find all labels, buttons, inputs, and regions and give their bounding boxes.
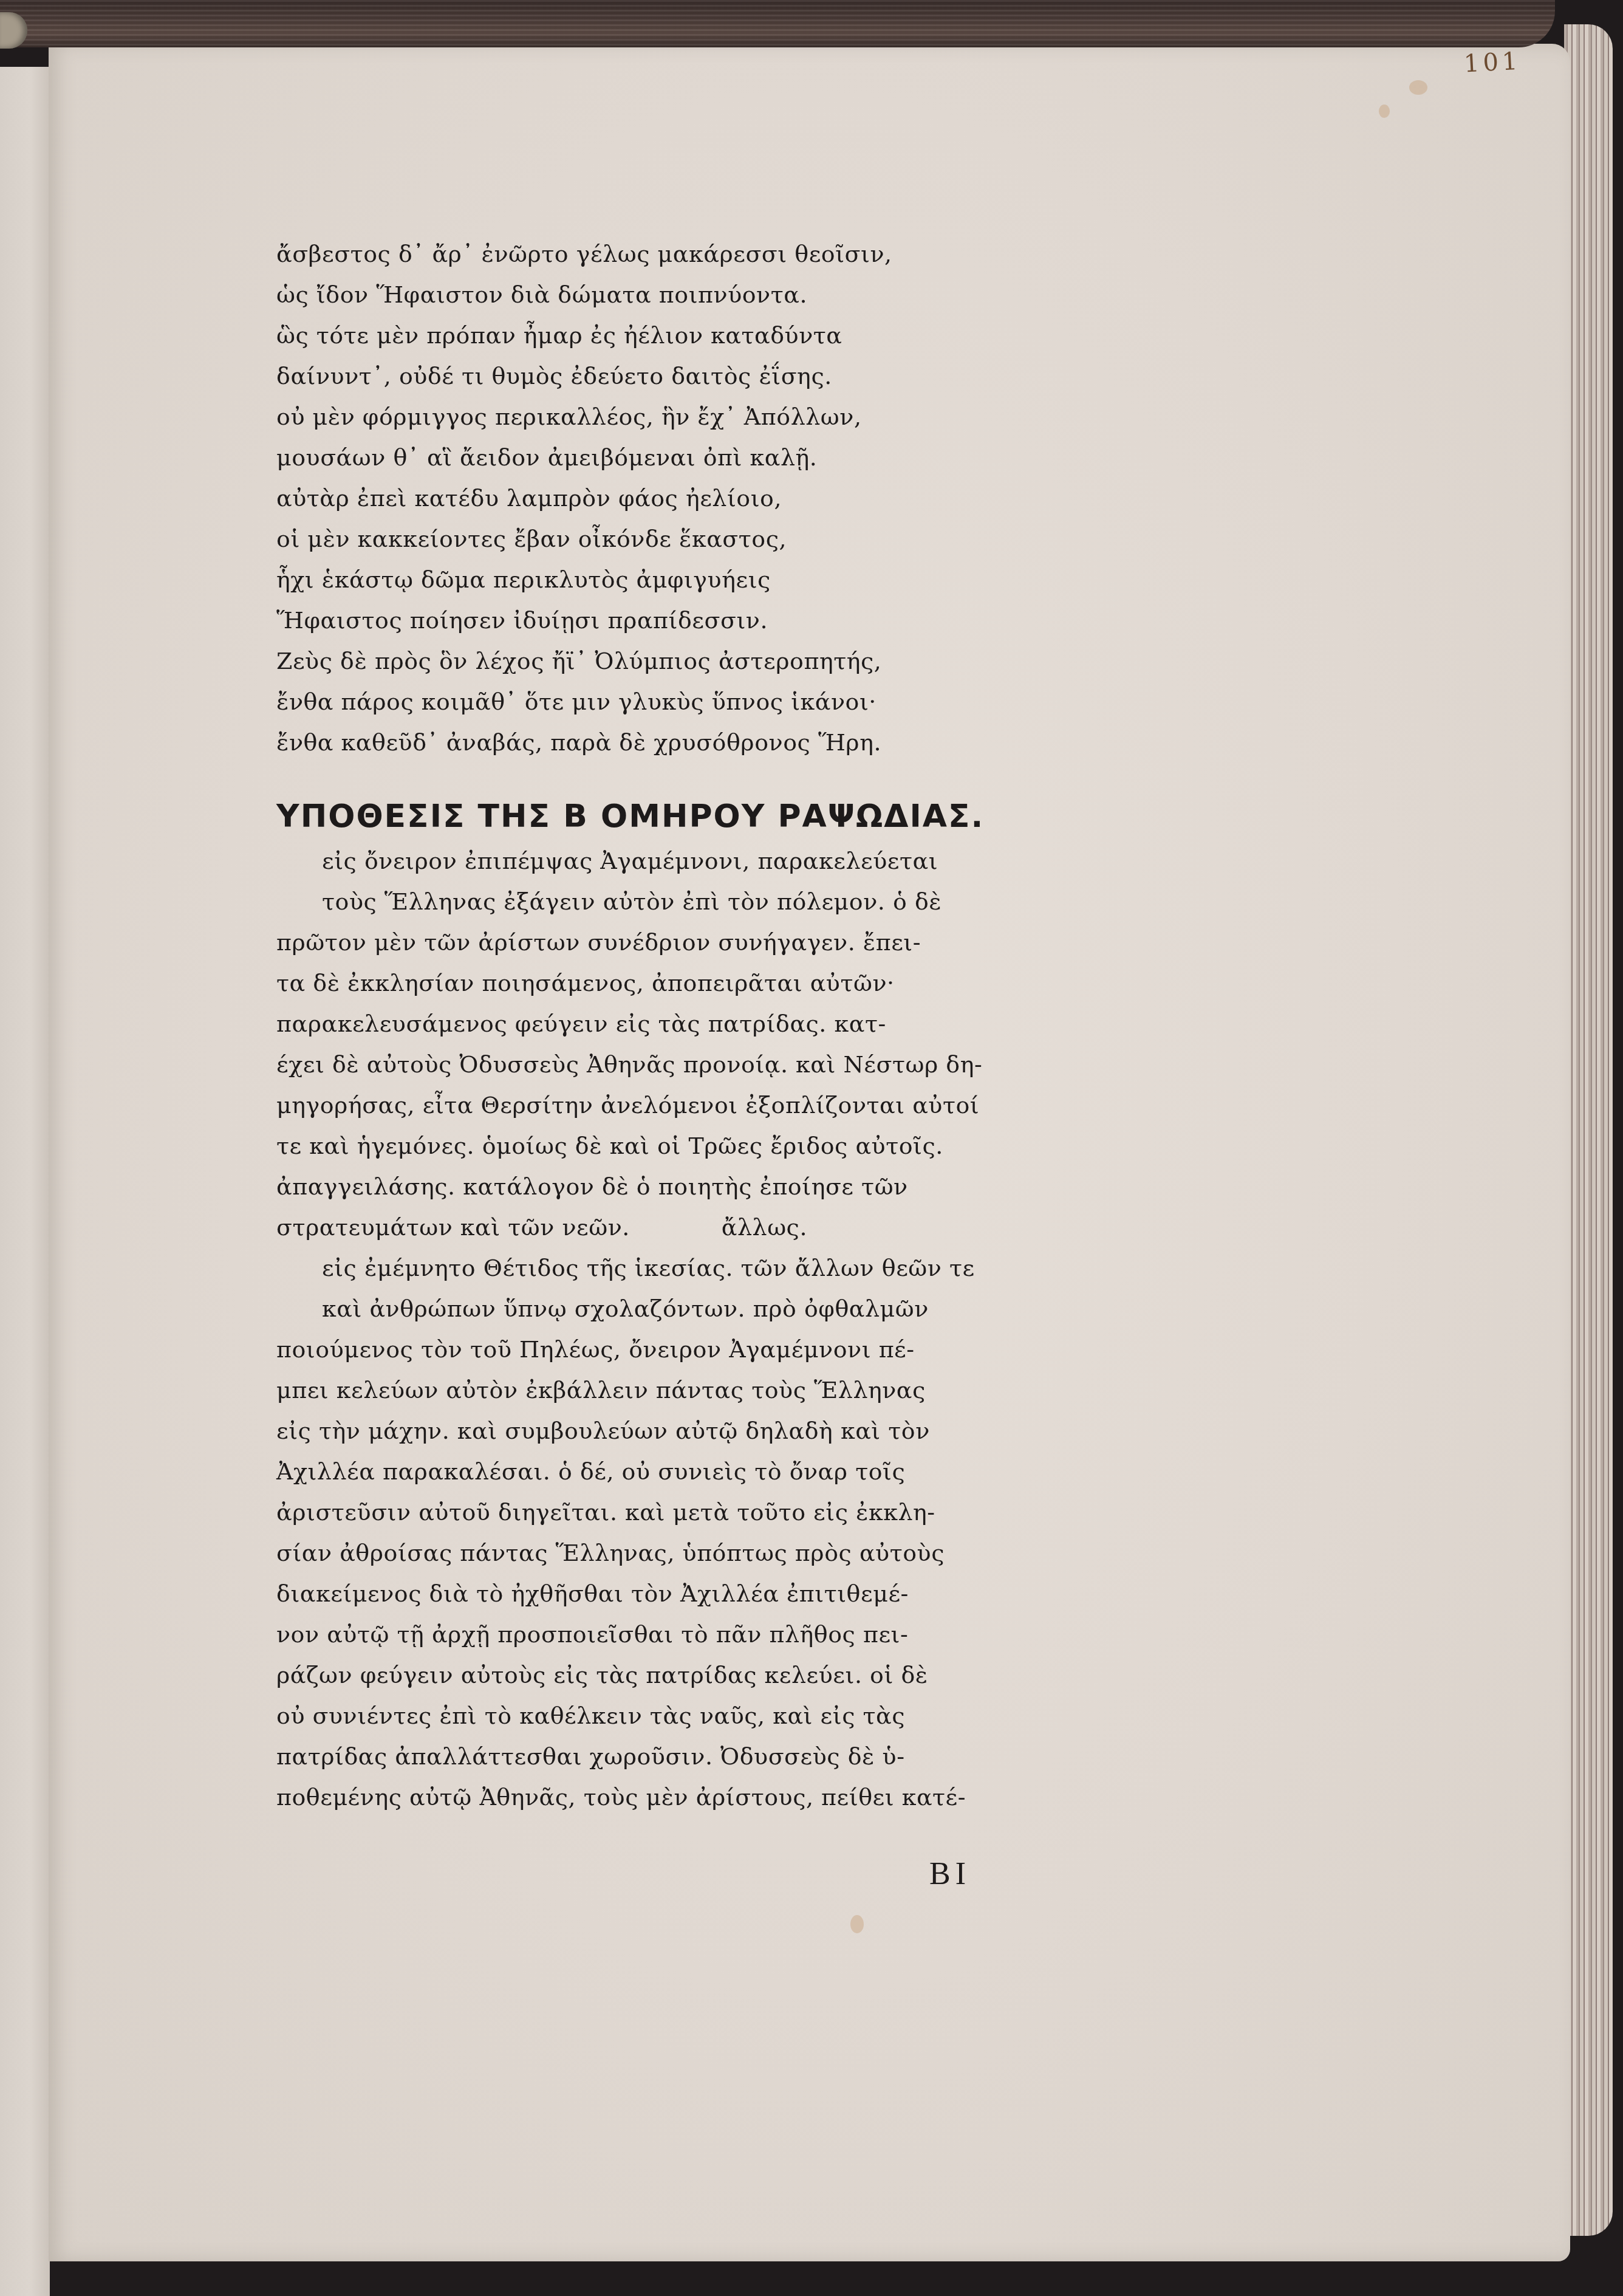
- verse-line: ἄσβεστος δ᾽ ἄρ᾽ ἐνῶρτο γέλως μακάρεσσι θ…: [276, 234, 1030, 275]
- prose-line: σίαν ἀθροίσας πάντας Ἕλληνας, ὑπόπτως πρ…: [276, 1533, 1030, 1574]
- prose-line: ποθεμένης αὐτῷ Ἀθηνᾶς, τοὺς μὲν ἀρίστους…: [276, 1777, 1030, 1818]
- prose-line: εἰς ὄνειρον ἐπιπέμψας Ἀγαμέμνονι, παρακε…: [276, 841, 1030, 882]
- hypothesis-prose: εἰς ὄνειρον ἐπιπέμψας Ἀγαμέμνονι, παρακε…: [276, 841, 1030, 1818]
- signature-mark: BI: [929, 1856, 971, 1892]
- prose-line: έχει δὲ αὐτοὺς Ὀδυσσεὺς Ἀθηνᾶς προνοίᾳ. …: [276, 1044, 1030, 1085]
- verse-line: δαίνυντ᾽, οὐδέ τι θυμὸς ἐδεύετο δαιτὸς ἐ…: [276, 356, 1030, 397]
- foxing-stain: [850, 1915, 864, 1933]
- verse-line: μουσάων θ᾽ αἳ ἄειδον ἀμειβόμεναι ὀπὶ καλ…: [276, 437, 1030, 478]
- verse-line: ὡς ἴδον Ἥφαιστον διὰ δώματα ποιπνύοντα.: [276, 275, 1030, 315]
- verse-line: Ἥφαιστος ποίησεν ἰδυίῃσι πραπίδεσσιν.: [276, 600, 1030, 641]
- prose-line: οὐ συνιέντες ἐπὶ τὸ καθέλκειν τὰς ναῦς, …: [276, 1696, 1030, 1736]
- page-stack-edge: [1564, 24, 1613, 2236]
- prose-line: καὶ ἀνθρώπων ὕπνῳ σχολαζόντων. πρὸ ὀφθαλ…: [276, 1289, 1030, 1329]
- prose-line: ποιούμενος τὸν τοῦ Πηλέως, ὄνειρον Ἀγαμέ…: [276, 1329, 1030, 1370]
- verse-line: ἔνθα πάρος κοιμᾶθ᾽ ὅτε μιν γλυκὺς ὕπνος …: [276, 682, 1030, 722]
- prose-line: διακείμενος διὰ τὸ ἠχθῆσθαι τὸν Ἀχιλλέα …: [276, 1574, 1030, 1614]
- book-top-edge-texture: [0, 0, 1555, 47]
- prose-line: εἰς τὴν μάχην. καὶ συμβουλεύων αὐτῷ δηλα…: [276, 1411, 1030, 1451]
- prose-line: Ἀχιλλέα παρακαλέσαι. ὁ δέ, οὐ συνιεὶς τὸ…: [276, 1451, 1030, 1492]
- prose-line: τοὺς Ἕλληνας ἐξάγειν αὐτὸν ἐπὶ τὸν πόλεμ…: [276, 882, 1030, 922]
- manuscript-scan: 101 ἄσβεστος δ᾽ ἄρ᾽ ἐνῶρτο γέλως μακάρεσ…: [0, 0, 1623, 2296]
- prose-line: στρατευμάτων καὶ τῶν νεῶν. ἄλλως.: [276, 1207, 1030, 1248]
- prose-line: νον αὐτῷ τῇ ἀρχῇ προσποιεῖσθαι τὸ πᾶν πλ…: [276, 1614, 1030, 1655]
- folio-number: 101: [1463, 47, 1522, 78]
- text-block: ἄσβεστος δ᾽ ἄρ᾽ ἐνῶρτο γέλως μακάρεσσι θ…: [276, 234, 1030, 1818]
- verse-line: ὣς τότε μὲν πρόπαν ἦμαρ ἐς ἠέλιον καταδύ…: [276, 315, 1030, 356]
- section-heading: ΥΠΟΘΕΣΙΣ ΤΗΣ Β ΟΜΗΡΟΥ ΡΑΨΩΔΙΑΣ.: [276, 792, 1030, 841]
- verse-line: οἱ μὲν κακκείοντες ἔβαν οἶκόνδε ἕκαστος,: [276, 519, 1030, 560]
- prose-line: ἀπαγγειλάσης. κατάλογον δὲ ὁ ποιητὴς ἐπο…: [276, 1167, 1030, 1207]
- prose-line: τε καὶ ἡγεμόνες. ὁμοίως δὲ καὶ οἱ Τρῶες …: [276, 1126, 1030, 1167]
- prose-line: τα δὲ ἐκκλησίαν ποιησάμενος, ἀποπειρᾶται…: [276, 963, 1030, 1004]
- verse-line: αὐτὰρ ἐπεὶ κατέδυ λαμπρὸν φάος ἠελίοιο,: [276, 478, 1030, 519]
- prose-line: παρακελευσάμενος φεύγειν εἰς τὰς πατρίδα…: [276, 1004, 1030, 1044]
- verse-line: ἔνθα καθεῦδ᾽ ἀναβάς, παρὰ δὲ χρυσόθρονος…: [276, 722, 1030, 763]
- facing-page-edge: [0, 67, 50, 2296]
- prose-line: μπει κελεύων αὐτὸν ἐκβάλλειν πάντας τοὺς…: [276, 1370, 1030, 1411]
- foxing-stain: [1409, 80, 1427, 95]
- prose-line: πρῶτον μὲν τῶν ἀρίστων συνέδριον συνήγαγ…: [276, 922, 1030, 963]
- prose-line: πατρίδας ἀπαλλάττεσθαι χωροῦσιν. Ὀδυσσεὺ…: [276, 1736, 1030, 1777]
- prose-line: ράζων φεύγειν αὐτοὺς εἰς τὰς πατρίδας κε…: [276, 1655, 1030, 1696]
- prose-line: ἀριστεῦσιν αὐτοῦ διηγεῖται. καὶ μετὰ τοῦ…: [276, 1492, 1030, 1533]
- verse-line: Ζεὺς δὲ πρὸς ὃν λέχος ἤϊ᾽ Ὀλύμπιος ἀστερ…: [276, 641, 1030, 682]
- verse-line: ἧχι ἑκάστῳ δῶμα περικλυτὸς ἀμφιγυήεις: [276, 560, 1030, 600]
- foxing-stain: [1379, 105, 1390, 118]
- prose-line: μηγορήσας, εἶτα Θερσίτην ἀνελόμενοι ἐξοπ…: [276, 1085, 1030, 1126]
- prose-line: εἰς ἐμέμνητο Θέτιδος τῆς ἱκεσίας. τῶν ἄλ…: [276, 1248, 1030, 1289]
- verse-section: ἄσβεστος δ᾽ ἄρ᾽ ἐνῶρτο γέλως μακάρεσσι θ…: [276, 234, 1030, 763]
- verse-line: οὐ μὲν φόρμιγγος περικαλλέος, ἣν ἔχ᾽ Ἀπό…: [276, 397, 1030, 437]
